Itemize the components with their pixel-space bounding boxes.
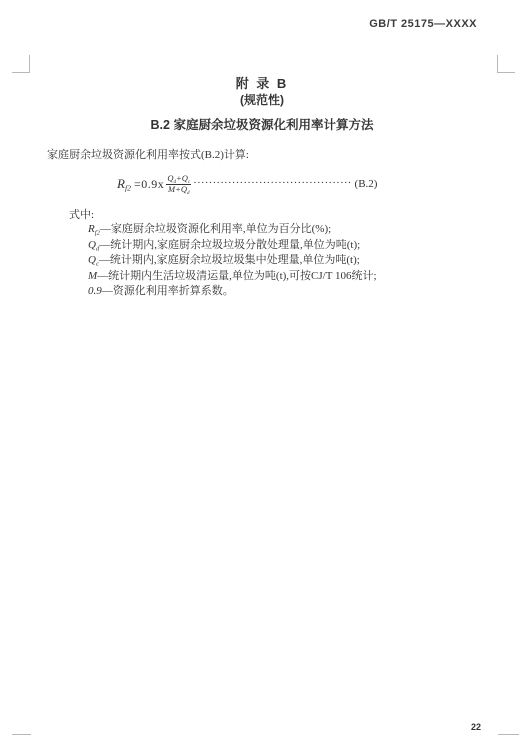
formula-lhs-symbol: Rf2 bbox=[117, 176, 131, 192]
appendix-title: 附 录 B bbox=[0, 73, 524, 92]
formula-number-label: (B.2) bbox=[355, 178, 378, 190]
definition-symbol: Rf2 bbox=[88, 223, 100, 235]
symbol-definitions-list: Rf2—家庭厨余垃圾资源化利用率,单位为百分比(%); Qd—统计期内,家庭厨余… bbox=[88, 222, 377, 300]
crop-mark-top-right bbox=[497, 55, 515, 73]
definition-text: —统计期内,家庭厨余垃圾垃圾集中处理量,单位为吨(t); bbox=[99, 254, 360, 266]
definition-row: Qc—统计期内,家庭厨余垃圾垃圾集中处理量,单位为吨(t); bbox=[88, 253, 377, 269]
crop-mark-bottom-left bbox=[12, 734, 31, 735]
definition-row: 0.9—资源化利用率折算系数。 bbox=[88, 284, 377, 300]
definition-symbol: Qc bbox=[88, 254, 99, 266]
intro-paragraph: 家庭厨余垃圾资源化利用率按式(B.2)计算: bbox=[47, 146, 249, 162]
crop-mark-top-left bbox=[12, 55, 30, 73]
definition-symbol: 0.9 bbox=[88, 285, 102, 297]
page-number: 22 bbox=[471, 722, 481, 732]
formula-relation: =0.9x bbox=[134, 177, 164, 192]
appendix-subtitle: (规范性) bbox=[0, 91, 524, 108]
formula-dot-leader: ········································… bbox=[193, 177, 351, 189]
definition-text: —家庭厨余垃圾资源化利用率,单位为百分比(%); bbox=[100, 223, 331, 235]
formula-lhs-subscript: f2 bbox=[125, 184, 131, 193]
definition-text: —资源化利用率折算系数。 bbox=[102, 285, 234, 297]
definition-symbol: Qd bbox=[88, 239, 99, 251]
formula-b2: Rf2 =0.9x Qd+Qc M+Qd ···················… bbox=[117, 171, 377, 197]
definition-text: —统计期内,家庭厨余垃圾垃圾分散处理量,单位为吨(t); bbox=[99, 239, 360, 251]
document-page: GB/T 25175—XXXX 附 录 B (规范性) B.2 家庭厨余垃圾资源… bbox=[0, 0, 524, 738]
formula-fraction: Qd+Qc M+Qd bbox=[166, 174, 191, 195]
definition-row: Qd—统计期内,家庭厨余垃圾垃圾分散处理量,单位为吨(t); bbox=[88, 238, 377, 254]
definition-symbol: M bbox=[88, 270, 97, 282]
definition-text: —统计期内生活垃圾清运量,单位为吨(t),可按CJ/T 106统计; bbox=[97, 270, 376, 282]
section-title: B.2 家庭厨余垃圾资源化利用率计算方法 bbox=[0, 115, 524, 133]
where-heading: 式中: bbox=[69, 206, 94, 222]
standard-number-header: GB/T 25175—XXXX bbox=[369, 18, 477, 30]
definition-row: Rf2—家庭厨余垃圾资源化利用率,单位为百分比(%); bbox=[88, 222, 377, 238]
definition-row: M—统计期内生活垃圾清运量,单位为吨(t),可按CJ/T 106统计; bbox=[88, 269, 377, 285]
fraction-denominator: M+Qd bbox=[167, 185, 191, 195]
crop-mark-bottom-right bbox=[498, 734, 519, 735]
